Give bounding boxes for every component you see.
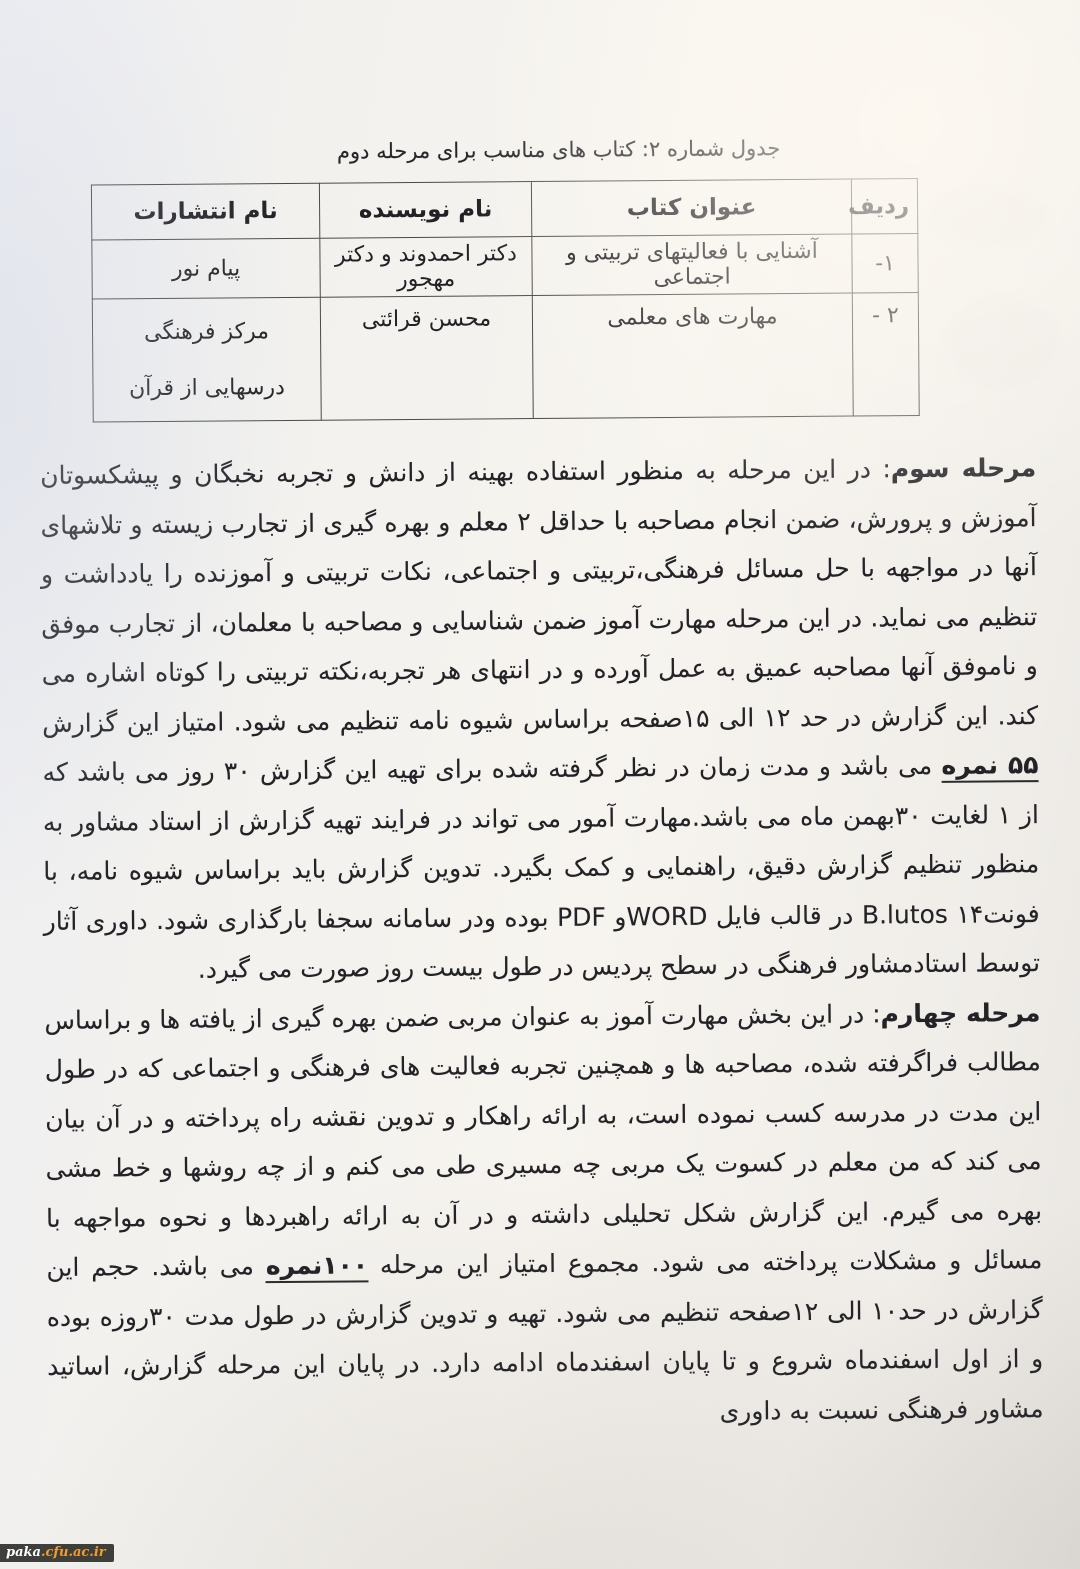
watermark-primary-text: paka bbox=[6, 1545, 41, 1560]
paragraph-stage-four: مرحله چهارم: در این بخش مهارت آموز به عن… bbox=[44, 988, 1043, 1441]
watermark-secondary-text: .cfu.ac.ir bbox=[41, 1545, 106, 1560]
cell-author-name: دکتر احمدوند و دکتر مهجور bbox=[320, 237, 532, 298]
cell-book-title: آشنایی با فعالیتهای تربیتی و اجتماعی bbox=[532, 234, 852, 296]
header-publisher-name: نام انتشارات bbox=[91, 183, 319, 240]
cell-publisher-name: پیام نور bbox=[92, 238, 320, 299]
site-watermark-badge: paka.cfu.ac.ir bbox=[0, 1544, 114, 1562]
table-caption: جدول شماره ۲: کتاب های مناسب برای مرحله … bbox=[146, 135, 972, 165]
table-row: ۱- آشنایی با فعالیتهای تربیتی و اجتماعی … bbox=[92, 234, 918, 299]
paragraph-stage-three: مرحله سوم: در این مرحله به منظور استفاده… bbox=[40, 443, 1040, 995]
cell-row-number: ۱- bbox=[852, 234, 918, 294]
header-author-name: نام نویسنده bbox=[319, 182, 531, 239]
table-row: ۲ - مهارت های معلمی محسن قرائتی مرکز فره… bbox=[92, 293, 919, 422]
paper-bleedthrough-mark bbox=[947, 296, 1058, 387]
scanned-document-page: جدول شماره ۲: کتاب های مناسب برای مرحله … bbox=[0, 0, 1080, 1569]
header-book-title: عنوان کتاب bbox=[531, 179, 851, 237]
cell-row-number: ۲ - bbox=[852, 293, 919, 417]
table-header-row: ردیف عنوان کتاب نام نویسنده نام انتشارات bbox=[91, 179, 917, 240]
cell-publisher-name: مرکز فرهنگی درسهایی از قرآن bbox=[92, 297, 321, 422]
cell-author-name: محسن قرائتی bbox=[320, 296, 533, 421]
cell-book-title: مهارت های معلمی bbox=[532, 293, 853, 419]
paper-bleedthrough-mark bbox=[926, 186, 1046, 247]
header-row-number: ردیف bbox=[851, 179, 917, 235]
books-table: ردیف عنوان کتاب نام نویسنده نام انتشارات… bbox=[91, 178, 920, 422]
paper-sheet: جدول شماره ۲: کتاب های مناسب برای مرحله … bbox=[0, 0, 1080, 1569]
document-body: مرحله سوم: در این مرحله به منظور استفاده… bbox=[40, 443, 1044, 1441]
